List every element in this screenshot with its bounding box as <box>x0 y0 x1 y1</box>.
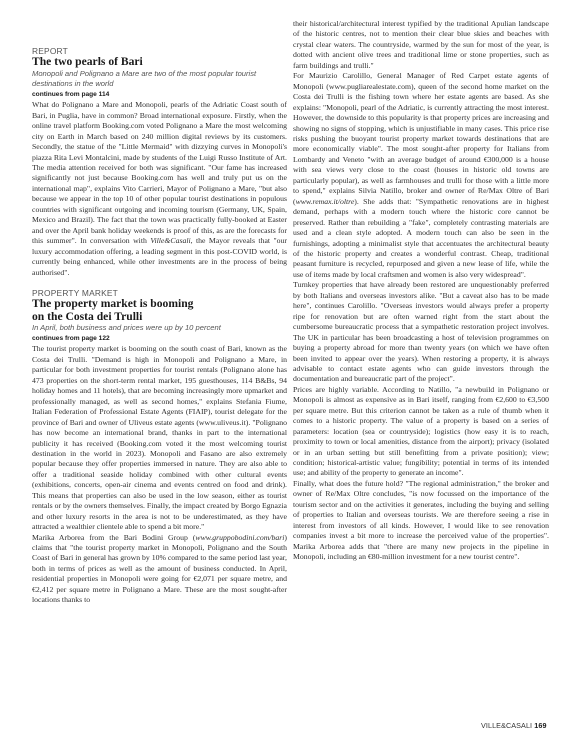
continues-from-label: continues from page 122 <box>32 334 287 343</box>
article-title: The property market is boomingon the Cos… <box>32 298 287 323</box>
article-subtitle: Monopoli and Polignano a Mare are two of… <box>32 69 287 90</box>
continues-from-label: continues from page 114 <box>32 90 287 99</box>
page-number: 169 <box>534 721 546 730</box>
magazine-name: VILLE&CASALI <box>481 721 532 730</box>
article-two-pearls: REPORT The two pearls of Bari Monopoli a… <box>32 46 287 278</box>
left-column: REPORT The two pearls of Bari Monopoli a… <box>32 46 287 606</box>
website-italic: www.remax.it/oltre <box>296 197 355 206</box>
body-paragraph: Prices are highly variable. According to… <box>293 385 549 479</box>
section-gap <box>32 278 287 288</box>
article-body: The tourist property market is booming o… <box>32 344 287 605</box>
body-paragraph: Finally, what does the future hold? "The… <box>293 479 549 563</box>
body-text: For Maurizio Carolillo, General Manager … <box>293 71 549 205</box>
article-subtitle: In April, both business and prices were … <box>32 323 287 333</box>
title-line-2: on the Costa dei Trulli <box>32 310 142 323</box>
body-text: What do Polignano a Mare and Monopoli, p… <box>32 100 287 245</box>
website-italic: www.gruppobodini.com/bari <box>195 533 284 542</box>
body-paragraph: The tourist property market is booming o… <box>32 344 287 532</box>
body-paragraph: For Maurizio Carolillo, General Manager … <box>293 71 549 280</box>
right-column: their historical/architectural interest … <box>293 19 549 563</box>
title-line-1: The property market is booming <box>32 297 193 310</box>
article-body: What do Polignano a Mare and Monopoli, p… <box>32 100 287 278</box>
body-text: Marika Arborea from the Bari Bodini Grou… <box>32 533 195 542</box>
body-paragraph: Turnkey properties that have already bee… <box>293 280 549 385</box>
article-body-continued: their historical/architectural interest … <box>293 19 549 563</box>
magazine-name-italic: Ville&Casali <box>150 236 190 245</box>
page-footer: VILLE&CASALI 169 <box>481 721 547 730</box>
body-paragraph: their historical/architectural interest … <box>293 19 549 71</box>
body-text: ) claims that "the tourist property mark… <box>32 533 287 605</box>
body-paragraph: Marika Arborea from the Bari Bodini Grou… <box>32 533 287 606</box>
magazine-page: REPORT The two pearls of Bari Monopoli a… <box>0 0 580 749</box>
article-title: The two pearls of Bari <box>32 56 287 69</box>
body-text: ). She adds that: "Sympathetic renovatio… <box>293 197 549 279</box>
article-property-market: PROPERTY MARKET The property market is b… <box>32 288 287 606</box>
body-paragraph: What do Polignano a Mare and Monopoli, p… <box>32 100 287 278</box>
